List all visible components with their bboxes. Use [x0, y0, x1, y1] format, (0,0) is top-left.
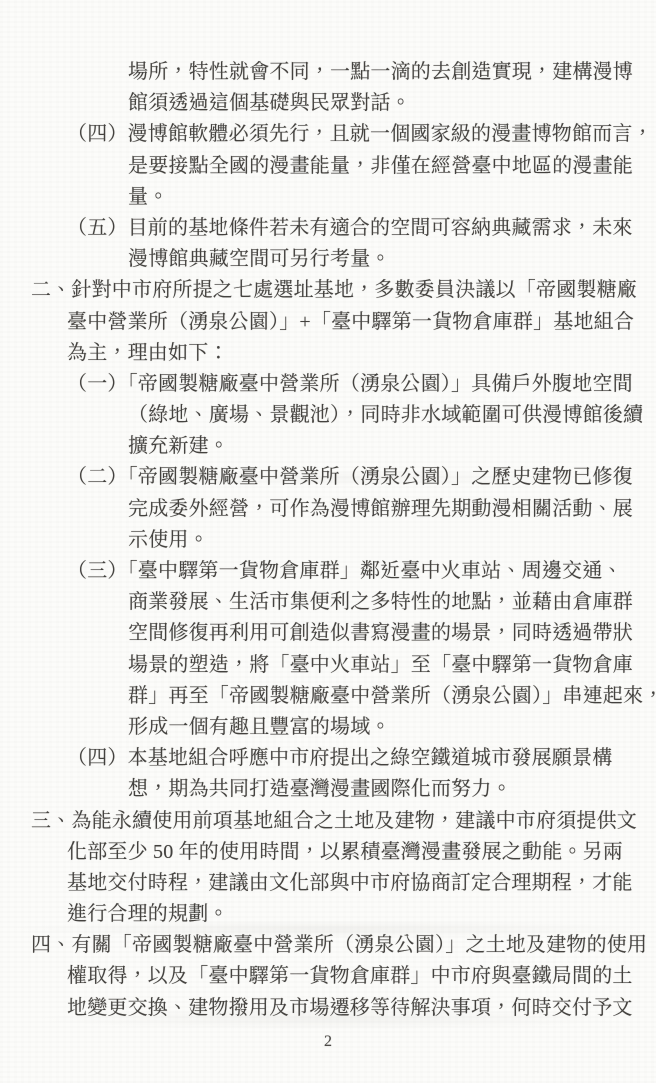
- text-line: 想，期為共同打造臺灣漫畫國際化而努力。: [0, 774, 656, 805]
- text-line: 示使用。: [0, 525, 656, 556]
- text-line: 地變更交換、建物撥用及市場遷移等待解決事項，何時交付予文: [0, 993, 656, 1024]
- text-line: 量。: [0, 182, 656, 213]
- text-line: （二）「帝國製糖廠臺中營業所（湧泉公園）」之歷史建物已修復: [0, 462, 656, 493]
- document-page: 場所，特性就會不同，一點一滴的去創造實現，建構漫博 館須透過這個基礎與民眾對話。…: [0, 0, 656, 1083]
- text-line: 三、為能永續使用前項基地組合之土地及建物，建議中市府須提供文: [0, 806, 656, 837]
- text-line: 二、針對中市府所提之七處選址基地，多數委員決議以「帝國製糖廠: [0, 275, 656, 306]
- text-line: 空間修復再利用可創造似書寫漫畫的場景，同時透過帶狀: [0, 618, 656, 649]
- text-line: 進行合理的規劃。: [0, 899, 656, 930]
- text-line: 商業發展、生活市集便利之多特性的地點，並藉由倉庫群: [0, 587, 656, 618]
- text-line: （五）目前的基地條件若未有適合的空間可容納典藏需求，未來: [0, 213, 656, 244]
- page-number: 2: [0, 1033, 656, 1051]
- text-line: 四、有關「帝國製糖廠臺中營業所（湧泉公園）」之土地及建物的使用: [0, 930, 656, 961]
- text-line: 臺中營業所（湧泉公園）」+「臺中驛第一貨物倉庫群」基地組合: [0, 307, 656, 338]
- text-line: 館須透過這個基礎與民眾對話。: [0, 88, 656, 119]
- text-line: 基地交付時程，建議由文化部與中市府協商訂定合理期程，才能: [0, 868, 656, 899]
- text-line: 擴充新建。: [0, 431, 656, 462]
- text-line: （一）「帝國製糖廠臺中營業所（湧泉公園）」具備戶外腹地空間: [0, 369, 656, 400]
- text-line: 化部至少 50 年的使用時間，以累積臺灣漫畫發展之動能。另兩: [0, 837, 656, 868]
- document-body: 場所，特性就會不同，一點一滴的去創造實現，建構漫博 館須透過這個基礎與民眾對話。…: [0, 57, 656, 1024]
- text-line: 形成一個有趣且豐富的場域。: [0, 712, 656, 743]
- text-line: 漫博館典藏空間可另行考量。: [0, 244, 656, 275]
- text-line: 場所，特性就會不同，一點一滴的去創造實現，建構漫博: [0, 57, 656, 88]
- text-line: 群」再至「帝國製糖廠臺中營業所（湧泉公園）」串連起來，: [0, 681, 656, 712]
- text-line: 場景的塑造，將「臺中火車站」至「臺中驛第一貨物倉庫: [0, 650, 656, 681]
- text-line: （綠地、廣場、景觀池），同時非水域範圍可供漫博館後續: [0, 400, 656, 431]
- text-line: 為主，理由如下：: [0, 338, 656, 369]
- text-line: （三）「臺中驛第一貨物倉庫群」鄰近臺中火車站、周邊交通、: [0, 556, 656, 587]
- text-line: 權取得，以及「臺中驛第一貨物倉庫群」中市府與臺鐵局間的土: [0, 961, 656, 992]
- text-line: 是要接點全國的漫畫能量，非僅在經營臺中地區的漫畫能: [0, 151, 656, 182]
- text-line: 完成委外經營，可作為漫博館辦理先期動漫相關活動、展: [0, 494, 656, 525]
- text-line: （四）漫博館軟體必須先行，且就一個國家級的漫畫博物館而言，: [0, 119, 656, 150]
- text-line: （四）本基地組合呼應中市府提出之綠空鐵道城市發展願景構: [0, 743, 656, 774]
